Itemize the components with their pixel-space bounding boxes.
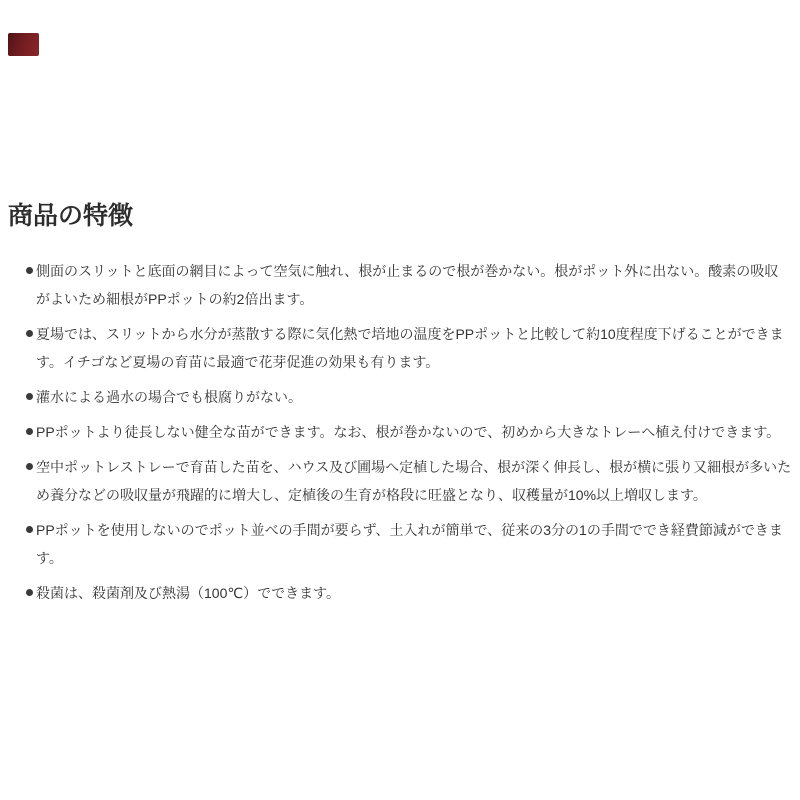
feature-item: 灌水による過水の場合でも根腐りがない。 — [0, 383, 792, 411]
bullet-icon — [26, 393, 33, 400]
feature-item: 側面のスリットと底面の網目によって空気に触れ、根が止まるので根が巻かない。根がポ… — [0, 257, 792, 313]
feature-text: PPポットを使用しないのでポット並べの手間が要らず、土入れが簡単で、従来の3分の… — [36, 516, 792, 572]
section-title: 商品の特徴 — [8, 199, 800, 233]
feature-item: 空中ポットレストレーで育苗した苗を、ハウス及び圃場へ定植した場合、根が深く伸長し… — [0, 453, 792, 509]
bullet-icon — [26, 428, 33, 435]
corner-stamp — [8, 33, 39, 56]
feature-item: 夏場では、スリットから水分が蒸散する際に気化熱で培地の温度をPPポットと比較して… — [0, 320, 792, 376]
bullet-icon — [26, 526, 33, 533]
feature-text: 側面のスリットと底面の網目によって空気に触れ、根が止まるので根が巻かない。根がポ… — [36, 257, 792, 313]
feature-item: 殺菌は、殺菌剤及び熱湯（100℃）でできます。 — [0, 579, 792, 607]
product-page: { "colors": { "background": "#ffffff", "… — [0, 0, 800, 800]
feature-text: 空中ポットレストレーで育苗した苗を、ハウス及び圃場へ定植した場合、根が深く伸長し… — [36, 453, 792, 509]
feature-text: 夏場では、スリットから水分が蒸散する際に気化熱で培地の温度をPPポットと比較して… — [36, 320, 792, 376]
bullet-icon — [26, 463, 33, 470]
feature-text: 殺菌は、殺菌剤及び熱湯（100℃）でできます。 — [36, 579, 792, 607]
bullet-icon — [26, 589, 33, 596]
feature-list: 側面のスリットと底面の網目によって空気に触れ、根が止まるので根が巻かない。根がポ… — [0, 257, 800, 607]
feature-text: 灌水による過水の場合でも根腐りがない。 — [36, 383, 792, 411]
feature-item: PPポットより徒長しない健全な苗ができます。なお、根が巻かないので、初めから大き… — [0, 418, 792, 446]
feature-text: PPポットより徒長しない健全な苗ができます。なお、根が巻かないので、初めから大き… — [36, 418, 792, 446]
feature-item: PPポットを使用しないのでポット並べの手間が要らず、土入れが簡単で、従来の3分の… — [0, 516, 792, 572]
product-features-section: 商品の特徴 側面のスリットと底面の網目によって空気に触れ、根が止まるので根が巻か… — [0, 199, 800, 607]
bullet-icon — [26, 330, 33, 337]
bullet-icon — [26, 267, 33, 274]
